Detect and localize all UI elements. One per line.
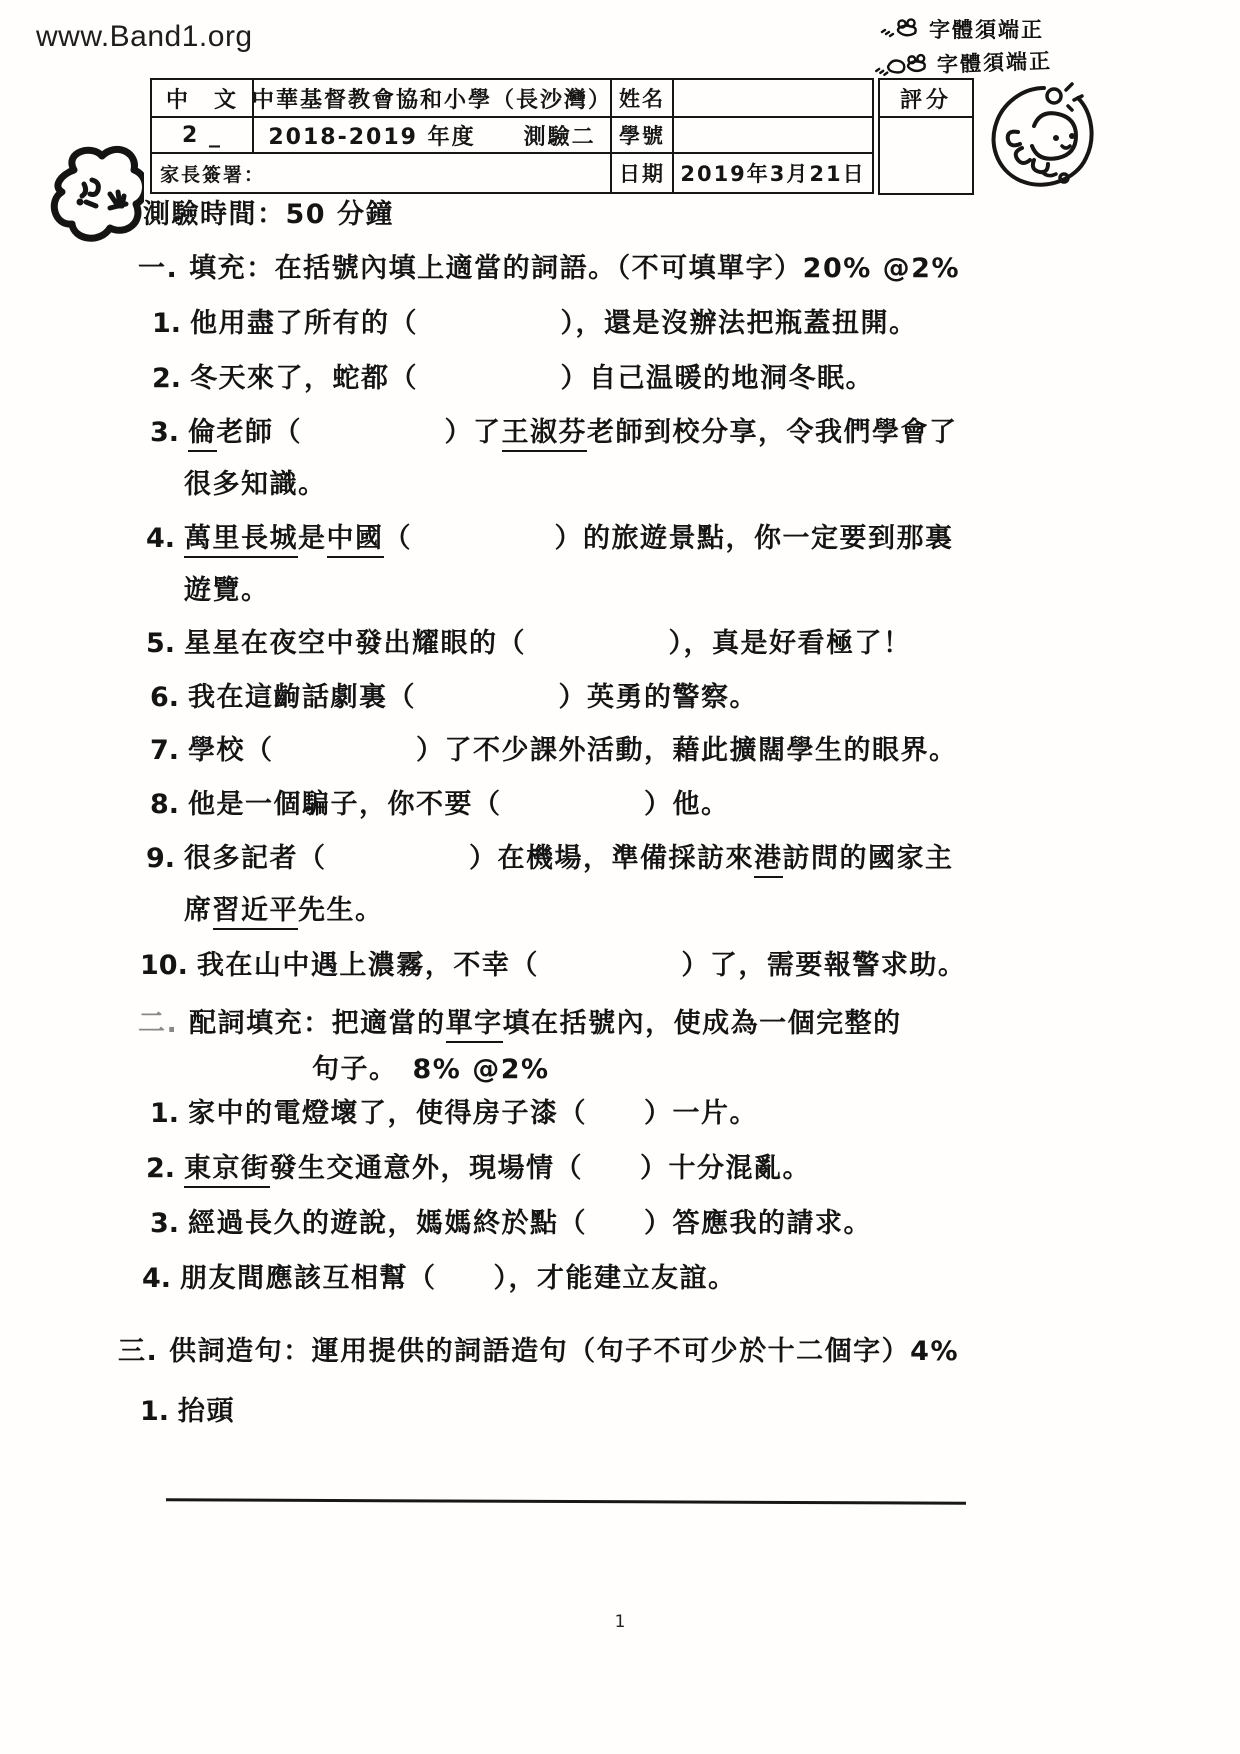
s2-question-1: 1.家中的電燈壞了，使得房子漆（ ）一片。 [150, 1091, 758, 1130]
question-text: 很多記者（ ）在機場，準備採訪來港訪問的國家主 [184, 843, 954, 878]
question-text: 冬天來了，蛇都（ ）自己温暖的地洞冬眠。 [190, 363, 874, 394]
scribble-doodle-icon [40, 136, 144, 252]
question-text: 抬頭 [178, 1396, 235, 1427]
question-number: 8. [150, 789, 179, 820]
question-number: 10. [140, 950, 188, 981]
student-no-value-cell [674, 118, 872, 154]
question-number: 6. [150, 682, 179, 713]
question-text: 我在山中遇上濃霧，不幸（ ）了，需要報警求助。 [197, 950, 967, 981]
question-text: 家中的電燈壞了，使得房子漆（ ）一片。 [188, 1098, 758, 1129]
name-value-cell [674, 80, 872, 118]
s1-question-1: 1.他用盡了所有的（ ），還是沒辦法把瓶蓋扭開。 [152, 301, 918, 340]
question-text: 席習近平先生。 [184, 895, 384, 930]
question-number: 3. [150, 417, 179, 448]
s1-question-9-cont: 席習近平先生。 [184, 888, 384, 927]
school-name-cell: 中華基督教會協和小學（長沙灣） [254, 80, 612, 118]
name-label-cell: 姓名 [612, 80, 674, 118]
question-text: 遊覽。 [184, 575, 270, 606]
section2-heading-line2: 句子。 8% @2% [312, 1047, 550, 1086]
s1-question-10: 10.我在山中遇上濃霧，不幸（ ）了，需要報警求助。 [140, 943, 966, 982]
section2-heading: 二. 配詞填充：把適當的單字填在括號內，使成為一個完整的 [138, 1001, 902, 1040]
s2-question-4: 4.朋友間應該互相幫（ ），才能建立友誼。 [142, 1256, 737, 1295]
score-value-cell [880, 118, 972, 192]
question-number: 2. [146, 1153, 175, 1184]
question-number: 7. [150, 735, 179, 766]
s2-question-3: 3.經過長久的遊說，媽媽終於點（ ）答應我的請求。 [150, 1201, 872, 1240]
stamp-text: 字體須端正 [936, 45, 1052, 79]
question-number: 1. [140, 1396, 169, 1427]
grade-cell: 2 _ [152, 118, 254, 154]
mascot-doodle-icon [982, 76, 1100, 194]
neatness-stamp-1: 字體須端正 [880, 14, 1044, 44]
s1-question-8: 8.他是一個騙子，你不要（ ）他。 [150, 782, 730, 821]
question-text: 萬里長城是中國（ ）的旅遊景點，你一定要到那裏 [184, 523, 954, 558]
header-table: 中 文 中華基督教會協和小學（長沙灣） 姓名 2 _ 2018-2019 年度 … [150, 78, 874, 194]
stamp-text: 字體須端正 [929, 14, 1044, 44]
s1-question-2: 2.冬天來了，蛇都（ ）自己温暖的地洞冬眠。 [152, 356, 874, 395]
question-text: 他用盡了所有的（ ），還是沒辦法把瓶蓋扭開。 [190, 308, 918, 339]
question-number: 1. [150, 1098, 179, 1129]
date-value-cell: 2019年3月21日 [674, 154, 872, 192]
question-number: 3. [150, 1208, 179, 1239]
parent-signature-cell: 家長簽署： [152, 154, 612, 192]
question-text: 東京街發生交通意外，現場情（ ）十分混亂。 [184, 1153, 811, 1188]
question-number: 4. [142, 1263, 171, 1294]
s1-question-7: 7.學校（ ）了不少課外活動，藉此擴闊學生的眼界。 [150, 728, 958, 767]
question-number: 1. [152, 308, 181, 339]
question-number: 2. [152, 363, 181, 394]
question-text: 朋友間應該互相幫（ ），才能建立友誼。 [180, 1263, 737, 1294]
question-text: 我在這齣話劇裏（ ）英勇的警察。 [188, 682, 758, 713]
section3-heading: 三. 供詞造句：運用提供的詞語造句（句子不可少於十二個字）4% [118, 1329, 959, 1368]
s2-question-2: 2.東京街發生交通意外，現場情（ ）十分混亂。 [146, 1146, 811, 1185]
subject-cell: 中 文 [152, 80, 254, 118]
s3-question-1: 1.抬頭 [140, 1389, 235, 1428]
test-duration: 測驗時間：50 分鐘 [143, 192, 394, 231]
question-number: 9. [146, 843, 175, 874]
question-text: 星星在夜空中發出耀眼的（ ），真是好看極了！ [184, 628, 912, 659]
exam-title-cell: 2018-2019 年度 測驗二 [254, 118, 612, 154]
answer-line [166, 1498, 966, 1504]
score-label: 評分 [880, 80, 972, 118]
question-text: 倫老師（ ）了王淑芬老師到校分享，令我們學會了 [188, 417, 958, 452]
s1-question-3: 3.倫老師（ ）了王淑芬老師到校分享，令我們學會了 [150, 410, 958, 449]
question-text: 經過長久的遊說，媽媽終於點（ ）答應我的請求。 [188, 1208, 872, 1239]
score-box: 評分 [878, 78, 974, 195]
watermark-url: www.Band1.org [36, 20, 253, 54]
date-label-cell: 日期 [612, 154, 674, 192]
s1-question-4-cont: 遊覽。 [184, 568, 270, 607]
paw-stamp-icon [880, 16, 924, 42]
question-number: 4. [146, 523, 175, 554]
s1-question-9: 9.很多記者（ ）在機場，準備採訪來港訪問的國家主 [146, 836, 954, 875]
question-text: 很多知識。 [184, 469, 327, 500]
section1-heading: 一. 填充：在括號內填上適當的詞語。（不可填單字）20% @2% [138, 246, 960, 285]
s1-question-3-cont: 很多知識。 [184, 462, 327, 501]
question-number: 5. [146, 628, 175, 659]
s1-question-6: 6.我在這齣話劇裏（ ）英勇的警察。 [150, 675, 758, 714]
s1-question-4: 4.萬里長城是中國（ ）的旅遊景點，你一定要到那裏 [146, 516, 954, 555]
student-no-label-cell: 學號 [612, 118, 674, 154]
s1-question-5: 5.星星在夜空中發出耀眼的（ ），真是好看極了！ [146, 621, 912, 660]
paw-stamp-icon [874, 51, 933, 79]
scanned-test-paper: www.Band1.org 字體須端正 字體須端正 [0, 0, 1240, 1754]
question-text: 他是一個騙子，你不要（ ）他。 [188, 789, 730, 820]
page-number: 1 [0, 1612, 1240, 1632]
question-text: 學校（ ）了不少課外活動，藉此擴闊學生的眼界。 [188, 735, 958, 766]
